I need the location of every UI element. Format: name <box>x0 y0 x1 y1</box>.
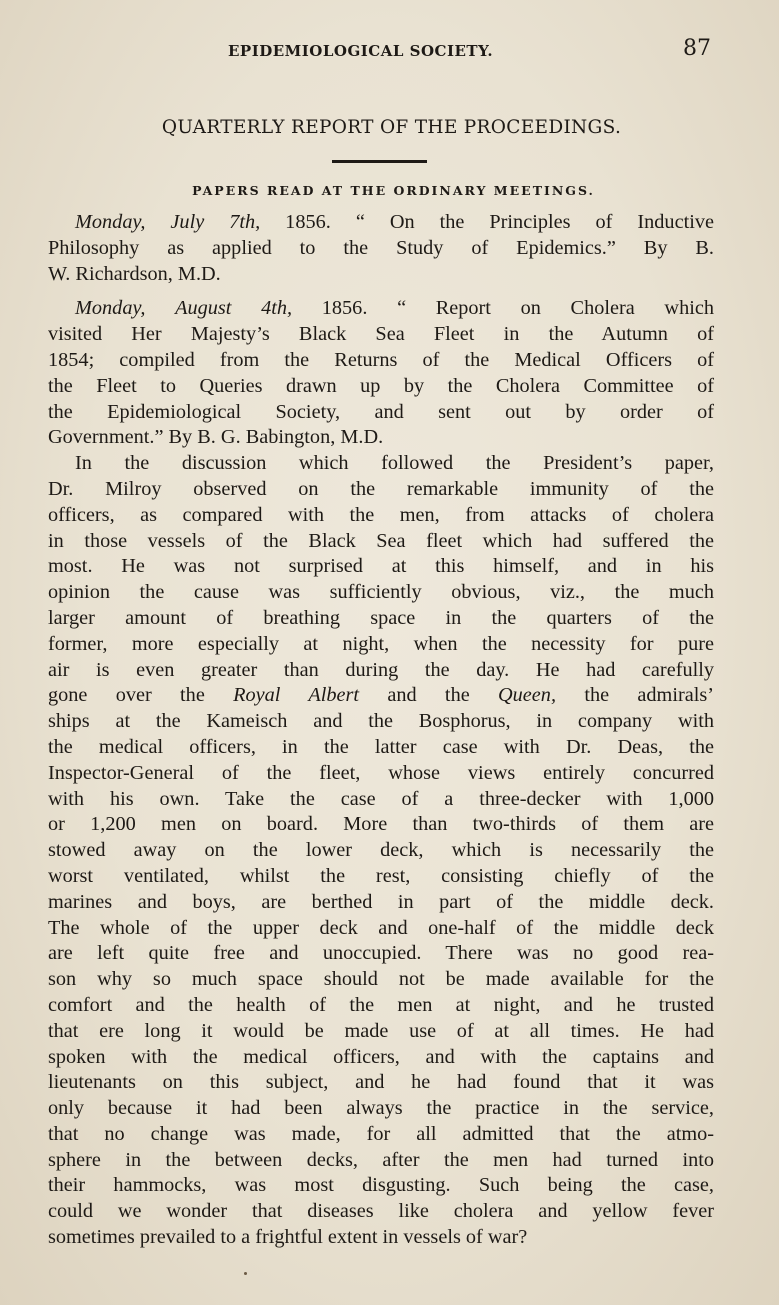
paper-entry-line: the Epidemiological Society, and sent ou… <box>48 400 714 426</box>
discussion-line: worst ventilated, whilst the rest, consi… <box>48 864 714 890</box>
section-heading: PAPERS READ AT THE ORDINARY MEETINGS. <box>0 183 779 198</box>
discussion-line: with his own. Take the case of a three-d… <box>48 787 714 813</box>
paper-entry-line: Monday, August 4th, 1856. “ Report on Ch… <box>48 296 714 322</box>
discussion-line: air is even greater than during the day.… <box>48 658 714 684</box>
paper-day: Monday, <box>75 211 145 233</box>
paper-day: Monday, <box>75 297 145 319</box>
body-text: Monday, July 7th, 1856. “ On the Princip… <box>48 210 714 1251</box>
paper-entry-line: Monday, July 7th, 1856. “ On the Princip… <box>48 210 714 236</box>
discussion-line: opinion the cause was sufficiently obvio… <box>48 580 714 606</box>
paper-entry-line: visited Her Majesty’s Black Sea Fleet in… <box>48 322 714 348</box>
discussion-line: Dr. Milroy observed on the remarkable im… <box>48 477 714 503</box>
discussion-line: lieutenants on this subject, and he had … <box>48 1070 714 1096</box>
discussion-line: their hammocks, was most disgusting. Suc… <box>48 1173 714 1199</box>
discussion-line: marines and boys, are berthed in part of… <box>48 890 714 916</box>
running-head: EPIDEMIOLOGICAL SOCIETY. <box>228 42 493 60</box>
discussion-line: gone over the Royal Albert and the Queen… <box>48 683 714 709</box>
discussion-line: spoken with the medical officers, and wi… <box>48 1045 714 1071</box>
book-page: EPIDEMIOLOGICAL SOCIETY. 87 QUARTERLY RE… <box>0 0 779 1305</box>
paper-date: July 7th, <box>170 211 260 233</box>
discussion-line: son why so much space should not be made… <box>48 967 714 993</box>
discussion-line: sphere in the between decks, after the m… <box>48 1148 714 1174</box>
paper-entry-line: W. Richardson, M.D. <box>48 262 714 288</box>
paper-entry-2: Monday, August 4th, 1856. “ Report on Ch… <box>48 296 714 451</box>
discussion-line: or 1,200 men on board. More than two-thi… <box>48 812 714 838</box>
paper-date: August 4th, <box>175 297 292 319</box>
discussion-line: stowed away on the lower deck, which is … <box>48 838 714 864</box>
discussion-line: most. He was not surprised at this himse… <box>48 554 714 580</box>
ship-name: Royal Albert <box>233 684 359 706</box>
discussion-line: in those vessels of the Black Sea fleet … <box>48 529 714 555</box>
discussion-line: In the discussion which followed the Pre… <box>48 451 714 477</box>
discussion-line: comfort and the health of the men at nig… <box>48 993 714 1019</box>
ship-name: Queen, <box>498 684 556 706</box>
discussion-line: the medical officers, in the latter case… <box>48 735 714 761</box>
discussion-line: only because it had been always the prac… <box>48 1096 714 1122</box>
discussion-line: Inspector-General of the fleet, whose vi… <box>48 761 714 787</box>
discussion-line: could we wonder that diseases like chole… <box>48 1199 714 1225</box>
discussion-paragraph: In the discussion which followed the Pre… <box>48 451 714 1251</box>
discussion-line: that no change was made, for all admitte… <box>48 1122 714 1148</box>
discussion-line: The whole of the upper deck and one-half… <box>48 916 714 942</box>
discussion-line: former, more especially at night, when t… <box>48 632 714 658</box>
report-title: QUARTERLY REPORT OF THE PROCEEDINGS. <box>0 117 779 138</box>
title-rule <box>332 160 427 163</box>
paper-entry-1: Monday, July 7th, 1856. “ On the Princip… <box>48 210 714 287</box>
discussion-line: that ere long it would be made use of at… <box>48 1019 714 1045</box>
page-number: 87 <box>683 36 711 61</box>
paper-entry-line: the Fleet to Queries drawn up by the Cho… <box>48 374 714 400</box>
paper-entry-line: Philosophy as applied to the Study of Ep… <box>48 236 714 262</box>
discussion-line: larger amount of breathing space in the … <box>48 606 714 632</box>
paper-entry-line: 1854; compiled from the Returns of the M… <box>48 348 714 374</box>
ink-speck <box>244 1272 247 1275</box>
discussion-line: sometimes prevailed to a frightful exten… <box>48 1225 714 1251</box>
paper-entry-line: Government.” By B. G. Babington, M.D. <box>48 425 714 451</box>
discussion-line: ships at the Kameisch and the Bosphorus,… <box>48 709 714 735</box>
discussion-line: are left quite free and unoccupied. Ther… <box>48 941 714 967</box>
discussion-line: officers, as compared with the men, from… <box>48 503 714 529</box>
